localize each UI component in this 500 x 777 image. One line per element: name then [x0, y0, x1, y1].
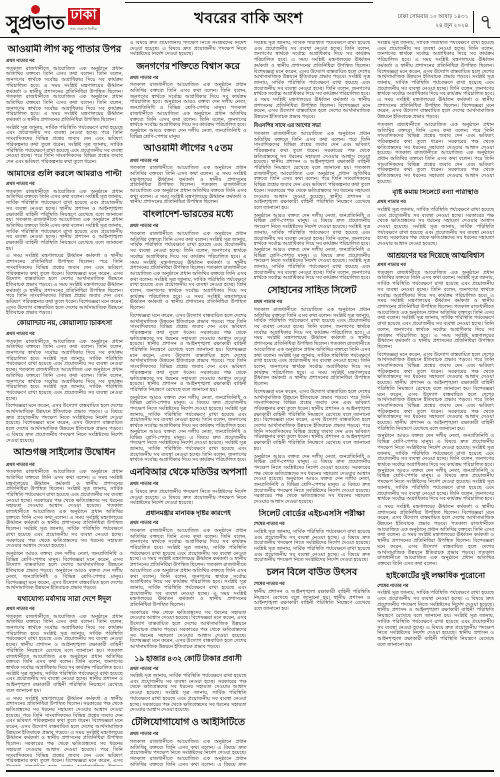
article-headline: কোয়ান্টিটি নয়, কোয়ালিটি চিকিৎসা	[6, 320, 123, 329]
article-paragraph: সংশ্লিষ্ট সূত্র জানায়, সার্বিক পরিস্থিত…	[254, 530, 371, 564]
article-paragraph: গতকাল রাজধানীতে আয়োজিত এক অনুষ্ঠানে প্র…	[254, 308, 371, 388]
article-paragraph: গতকাল রাজধানীতে আয়োজিত এক অনুষ্ঠানে প্র…	[377, 123, 494, 186]
page-number: ৭	[479, 12, 494, 33]
news-column-4: সংশ্লিষ্ট সূত্র জানায়, সার্বিক পরিস্থিত…	[377, 41, 494, 766]
newspaper-page: সুপ্রভাত ঢাকা সত্য প্রকাশে নির্ভীক খবরের…	[0, 0, 500, 777]
article-headline: টেলিযোগাযোগ ও আইসিটিতে	[130, 717, 247, 729]
article-paragraph: সংশ্লিষ্ট সূত্র জানায়, সার্বিক পরিস্থিত…	[130, 674, 247, 714]
article-headline: আশ্রয়ণের ঘর দিয়েছে আত্মবিশ্বাস	[377, 251, 494, 261]
news-article[interactable]: আওয়ামী লীগ কচু পাতার উপরপ্রথম পাতার পরগ…	[6, 44, 123, 166]
article-paragraph: বিশেষজ্ঞরা মনে করেন, এসব উদ্যোগ বাস্তবায…	[377, 353, 494, 433]
continued-from-tag: প্রথম পাতার পর	[130, 74, 247, 82]
continued-from-tag: প্রথম পাতার পর	[130, 730, 247, 738]
article-headline: সোহানের সাহিত সিলেট	[254, 285, 371, 297]
continued-from-tag: প্রথম পাতার পর	[6, 330, 123, 338]
news-article[interactable]: টেলিযোগাযোগ ও আইসিটিতেপ্রথম পাতার পরগতকা…	[130, 717, 247, 766]
article-paragraph: অনুষ্ঠানে আরও বক্তব্য দেন দলীয় নেতা, জন…	[130, 396, 247, 464]
article-headline: ১৯ হাজার ৪৩২ কোটি টাকার প্রবাসী	[130, 654, 247, 664]
news-article[interactable]: কোয়ান্টিটি নয়, কোয়ালিটি চিকিৎসাপ্রথম …	[6, 320, 123, 444]
article-paragraph: গতকাল রাজধানীতে আয়োজিত এক অনুষ্ঠানে প্র…	[130, 166, 247, 206]
continued-from-tag: প্রথম পাতার পর	[130, 157, 247, 165]
article-paragraph: এ সময় সংশ্লিষ্ট মন্ত্রণালয়ের ঊর্ধ্বতন …	[6, 254, 123, 317]
article-headline: এনবিআর থেকে মতিউর অপসারিত	[130, 467, 247, 479]
date-page-block: ঢাকা সোমবার ১০ আষাঢ় ১৪৩১ ২৪ জুন ২০২৪ ৭	[398, 11, 494, 33]
news-article[interactable]: সিলেট বোর্ডের এইচএসসি পরীক্ষাশেষের পাতার…	[254, 509, 371, 564]
news-column-2: এ বিষয়ে দ্রুত প্রয়োজনীয় পদক্ষেপ নিতে …	[130, 41, 247, 766]
article-headline: বৃষ্টি কমায় সিলেটে বন্যা পরিস্থিতি	[377, 189, 494, 198]
continued-from-tag: প্রথম পাতার পর	[130, 222, 247, 230]
article-paragraph: গতকাল রাজধানীতে আয়োজিত এক অনুষ্ঠানে প্র…	[254, 132, 371, 212]
article-headline: প্রধানমন্ত্রীর মানবিক দৃষ্টির কারণেই	[130, 510, 247, 518]
article-paragraph: সংশ্লিষ্ট সূত্র জানায়, সার্বিক পরিস্থিত…	[377, 41, 494, 121]
article-headline: আশুগঞ্জ সাইলোর উদ্বোধন	[6, 447, 123, 459]
date-line-bangla: ঢাকা সোমবার ১০ আষাঢ় ১৪৩১	[398, 13, 469, 22]
news-column-3: সংশ্লিষ্ট সূত্র জানায়, সার্বিক পরিস্থিত…	[254, 41, 371, 766]
continued-from-tag: শেষের পাতার পর	[377, 582, 494, 590]
news-article[interactable]: যথাযোগ্য মর্যাদায় সারা দেশে ঈদুলপ্রথম প…	[6, 595, 123, 766]
continued-from-tag: প্রথম পাতার পর	[6, 605, 123, 613]
article-paragraph: এ বিষয়ে দ্রুত প্রয়োজনীয় পদক্ষেপ নিতে …	[130, 490, 247, 507]
continued-from-tag: প্রথম পাতার পর	[130, 665, 247, 673]
news-article[interactable]: সংশ্লিষ্ট সূত্র জানায়, সার্বিক পরিস্থিত…	[254, 41, 371, 282]
article-paragraph: গতকাল রাজধানীতে আয়োজিত এক অনুষ্ঠানে প্র…	[130, 232, 247, 312]
news-article[interactable]: বাংলাদেশ-ভারতের মধ্যেপ্রথম পাতার পরগতকাল…	[130, 209, 247, 464]
news-article[interactable]: সোহানের সাহিত সিলেটপ্রথম পাতার পরগতকাল র…	[254, 285, 371, 506]
article-headline: যথাযোগ্য মর্যাদায় সারা দেশে ঈদুল	[6, 595, 123, 604]
article-paragraph: অনুষ্ঠানে আরও বক্তব্য দেন দলীয় নেতা, জন…	[377, 434, 494, 502]
continued-from-tag: প্রথম পাতার পর	[6, 180, 123, 188]
article-paragraph: অনুষ্ঠানে আরও বক্তব্য দেন দলীয় নেতা, জন…	[6, 552, 123, 592]
article-paragraph: সংশ্লিষ্ট সূত্র জানায়, সার্বিক পরিস্থিত…	[6, 126, 123, 166]
article-paragraph: সংশ্লিষ্ট সূত্র জানায়, সার্বিক পরিস্থিত…	[377, 591, 494, 648]
article-headline: আওয়ামী লীগ কচু পাতার উপর	[6, 44, 123, 56]
article-paragraph: গতকাল রাজধানীতে আয়োজিত এক অনুষ্ঠানে প্র…	[6, 67, 123, 124]
continued-from-tag: শেষের পাতার পর	[254, 580, 371, 588]
continued-from-tag: প্রথম পাতার পর	[6, 57, 123, 65]
logo-dhaka-box: ঢাকা	[68, 8, 100, 25]
date-lines: ঢাকা সোমবার ১০ আষাঢ় ১৪৩১ ২৪ জুন ২০২৪	[398, 13, 469, 31]
news-article[interactable]: এ বিষয়ে দ্রুত প্রয়োজনীয় পদক্ষেপ নিতে …	[130, 41, 247, 58]
article-headline: আওয়ামী লীগের ৭৫তম	[130, 143, 247, 155]
article-paragraph: সংশ্লিষ্ট সূত্র জানায়, সার্বিক পরিস্থিত…	[254, 41, 371, 121]
article-paragraph: বিশেষজ্ঞরা মনে করেন, এসব উদ্যোগ বাস্তবায…	[130, 314, 247, 394]
news-article[interactable]: আশ্রয়ণের ঘর দিয়েছে আত্মবিশ্বাসপ্রথম পা…	[377, 251, 494, 568]
article-paragraph: গতকাল রাজধানীতে আয়োজিত এক অনুষ্ঠানে প্র…	[6, 470, 123, 550]
article-headline: আমাদের গুলি করলে আমরাও পাল্টা	[6, 169, 123, 180]
article-paragraph: এ বিষয়ে দ্রুত প্রয়োজনীয় পদক্ষেপ নিতে …	[130, 41, 247, 58]
article-headline: হাইকোর্টের দুই লক্ষাধিক পুরোনো	[377, 571, 494, 581]
article-paragraph: বিশেষজ্ঞরা মনে করেন, এসব উদ্যোগ বাস্তবায…	[6, 404, 123, 444]
news-article[interactable]: আশুগঞ্জ সাইলোর উদ্বোধনপ্রথম পাতার পরগতকা…	[6, 447, 123, 592]
news-article[interactable]: সংশ্লিষ্ট সূত্র জানায়, সার্বিক পরিস্থিত…	[377, 41, 494, 186]
date-line-gregorian: ২৪ জুন ২০২৪	[398, 22, 469, 31]
article-headline: বাংলাদেশ-ভারতের মধ্যে	[130, 209, 247, 221]
continued-from-tag: প্রথম পাতার পর	[254, 298, 371, 306]
article-paragraph: গতকাল রাজধানীতে আয়োজিত এক অনুষ্ঠানে প্র…	[130, 740, 247, 766]
article-paragraph: অনুষ্ঠানে আরও বক্তব্য দেন দলীয় নেতা, জন…	[254, 455, 371, 506]
continued-from-tag: শেষের পাতার পর	[254, 520, 371, 528]
continued-from-tag: প্রথম পাতার পর	[377, 198, 494, 206]
article-paragraph: এ সময় সংশ্লিষ্ট মন্ত্রণালয়ের ঊর্ধ্বতন …	[377, 505, 494, 568]
article-paragraph: গতকাল রাজধানীতে আয়োজিত এক অনুষ্ঠানে প্র…	[130, 83, 247, 140]
logo-tagline: সত্য প্রকাশে নির্ভীক	[70, 26, 97, 33]
article-subhead: বিএনপির সাথে এর আগের সভা	[254, 123, 371, 131]
continued-from-tag: প্রথম পাতার পর	[6, 461, 123, 469]
section-title-band: খবরের বাকি অংশ	[125, 2, 373, 32]
article-headline: চলন বিলে বাউত উৎসব	[254, 567, 371, 579]
article-paragraph: সরকারের পক্ষ থেকে ক্ষতিগ্রস্তদের সব ধরনে…	[130, 611, 247, 651]
article-paragraph: গতকাল রাজধানীতে আয়োজিত এক অনুষ্ঠানে প্র…	[130, 529, 247, 609]
article-paragraph: অনুষ্ঠানে আরও বক্তব্য দেন দলীয় নেতা, জন…	[254, 214, 371, 282]
news-article[interactable]: হাইকোর্টের দুই লক্ষাধিক পুরোনোশেষের পাতা…	[377, 571, 494, 649]
continued-from-tag: প্রথম পাতার পর	[377, 261, 494, 269]
news-article[interactable]: প্রধানমন্ত্রীর মানবিক দৃষ্টির কারণেইপ্রথ…	[130, 510, 247, 651]
news-column-1: আওয়ামী লীগ কচু পাতার উপরপ্রথম পাতার পরগ…	[6, 41, 123, 766]
article-paragraph: এ সময় সংশ্লিষ্ট মন্ত্রণালয়ের ঊর্ধ্বতন …	[6, 697, 123, 767]
newspaper-logo: সুপ্রভাত ঢাকা সত্য প্রকাশে নির্ভীক	[6, 8, 100, 33]
continued-from-tag: প্রথম পাতার পর	[130, 519, 247, 527]
news-article[interactable]: এনবিআর থেকে মতিউর অপসারিতপ্রথম পাতার পরএ…	[130, 467, 247, 507]
article-headline: সিলেট বোর্ডের এইচএসসি পরীক্ষা	[254, 509, 371, 520]
page-header: সুপ্রভাত ঢাকা সত্য প্রকাশে নির্ভীক খবরের…	[0, 0, 500, 38]
section-title: খবরের বাকি অংশ	[125, 7, 373, 32]
logo-title: সুপ্রভাত	[6, 14, 65, 33]
news-article[interactable]: জনগণের শক্তিতে বিশ্বাস করেপ্রথম পাতার পর…	[130, 61, 247, 140]
news-article[interactable]: আওয়ামী লীগের ৭৫তমপ্রথম পাতার পরগতকাল রা…	[130, 143, 247, 206]
article-paragraph: স্থানীয় প্রশাসন ও আইনশৃঙ্খলা রক্ষাকারী …	[254, 590, 371, 613]
article-paragraph: গতকাল রাজধানীতে আয়োজিত এক অনুষ্ঠানে প্র…	[6, 190, 123, 253]
news-article[interactable]: আমাদের গুলি করলে আমরাও পাল্টাপ্রথম পাতার…	[6, 169, 123, 318]
article-paragraph: সংশ্লিষ্ট সূত্র জানায়, সার্বিক পরিস্থিত…	[377, 208, 494, 248]
news-columns: আওয়ামী লীগ কচু পাতার উপরপ্রথম পাতার পরগ…	[0, 38, 500, 766]
article-paragraph: গতকাল রাজধানীতে আয়োজিত এক অনুষ্ঠানে প্র…	[6, 615, 123, 695]
article-paragraph: গতকাল রাজধানীতে আয়োজিত এক অনুষ্ঠানে প্র…	[377, 271, 494, 351]
news-article[interactable]: ১৯ হাজার ৪৩২ কোটি টাকার প্রবাসীপ্রথম পাত…	[130, 654, 247, 714]
article-paragraph: বিশেষজ্ঞরা মনে করেন, এসব উদ্যোগ বাস্তবায…	[254, 390, 371, 453]
news-article[interactable]: বৃষ্টি কমায় সিলেটে বন্যা পরিস্থিতিপ্রথম…	[377, 189, 494, 248]
header-divider	[473, 11, 474, 33]
page-bottom-rule	[6, 770, 494, 772]
continued-from-tag: প্রথম পাতার পর	[130, 480, 247, 488]
news-article[interactable]: চলন বিলে বাউত উৎসবশেষের পাতার পরস্থানীয়…	[254, 567, 371, 613]
article-paragraph: গতকাল রাজধানীতে আয়োজিত এক অনুষ্ঠানে প্র…	[6, 340, 123, 403]
article-headline: জনগণের শক্তিতে বিশ্বাস করে	[130, 61, 247, 73]
